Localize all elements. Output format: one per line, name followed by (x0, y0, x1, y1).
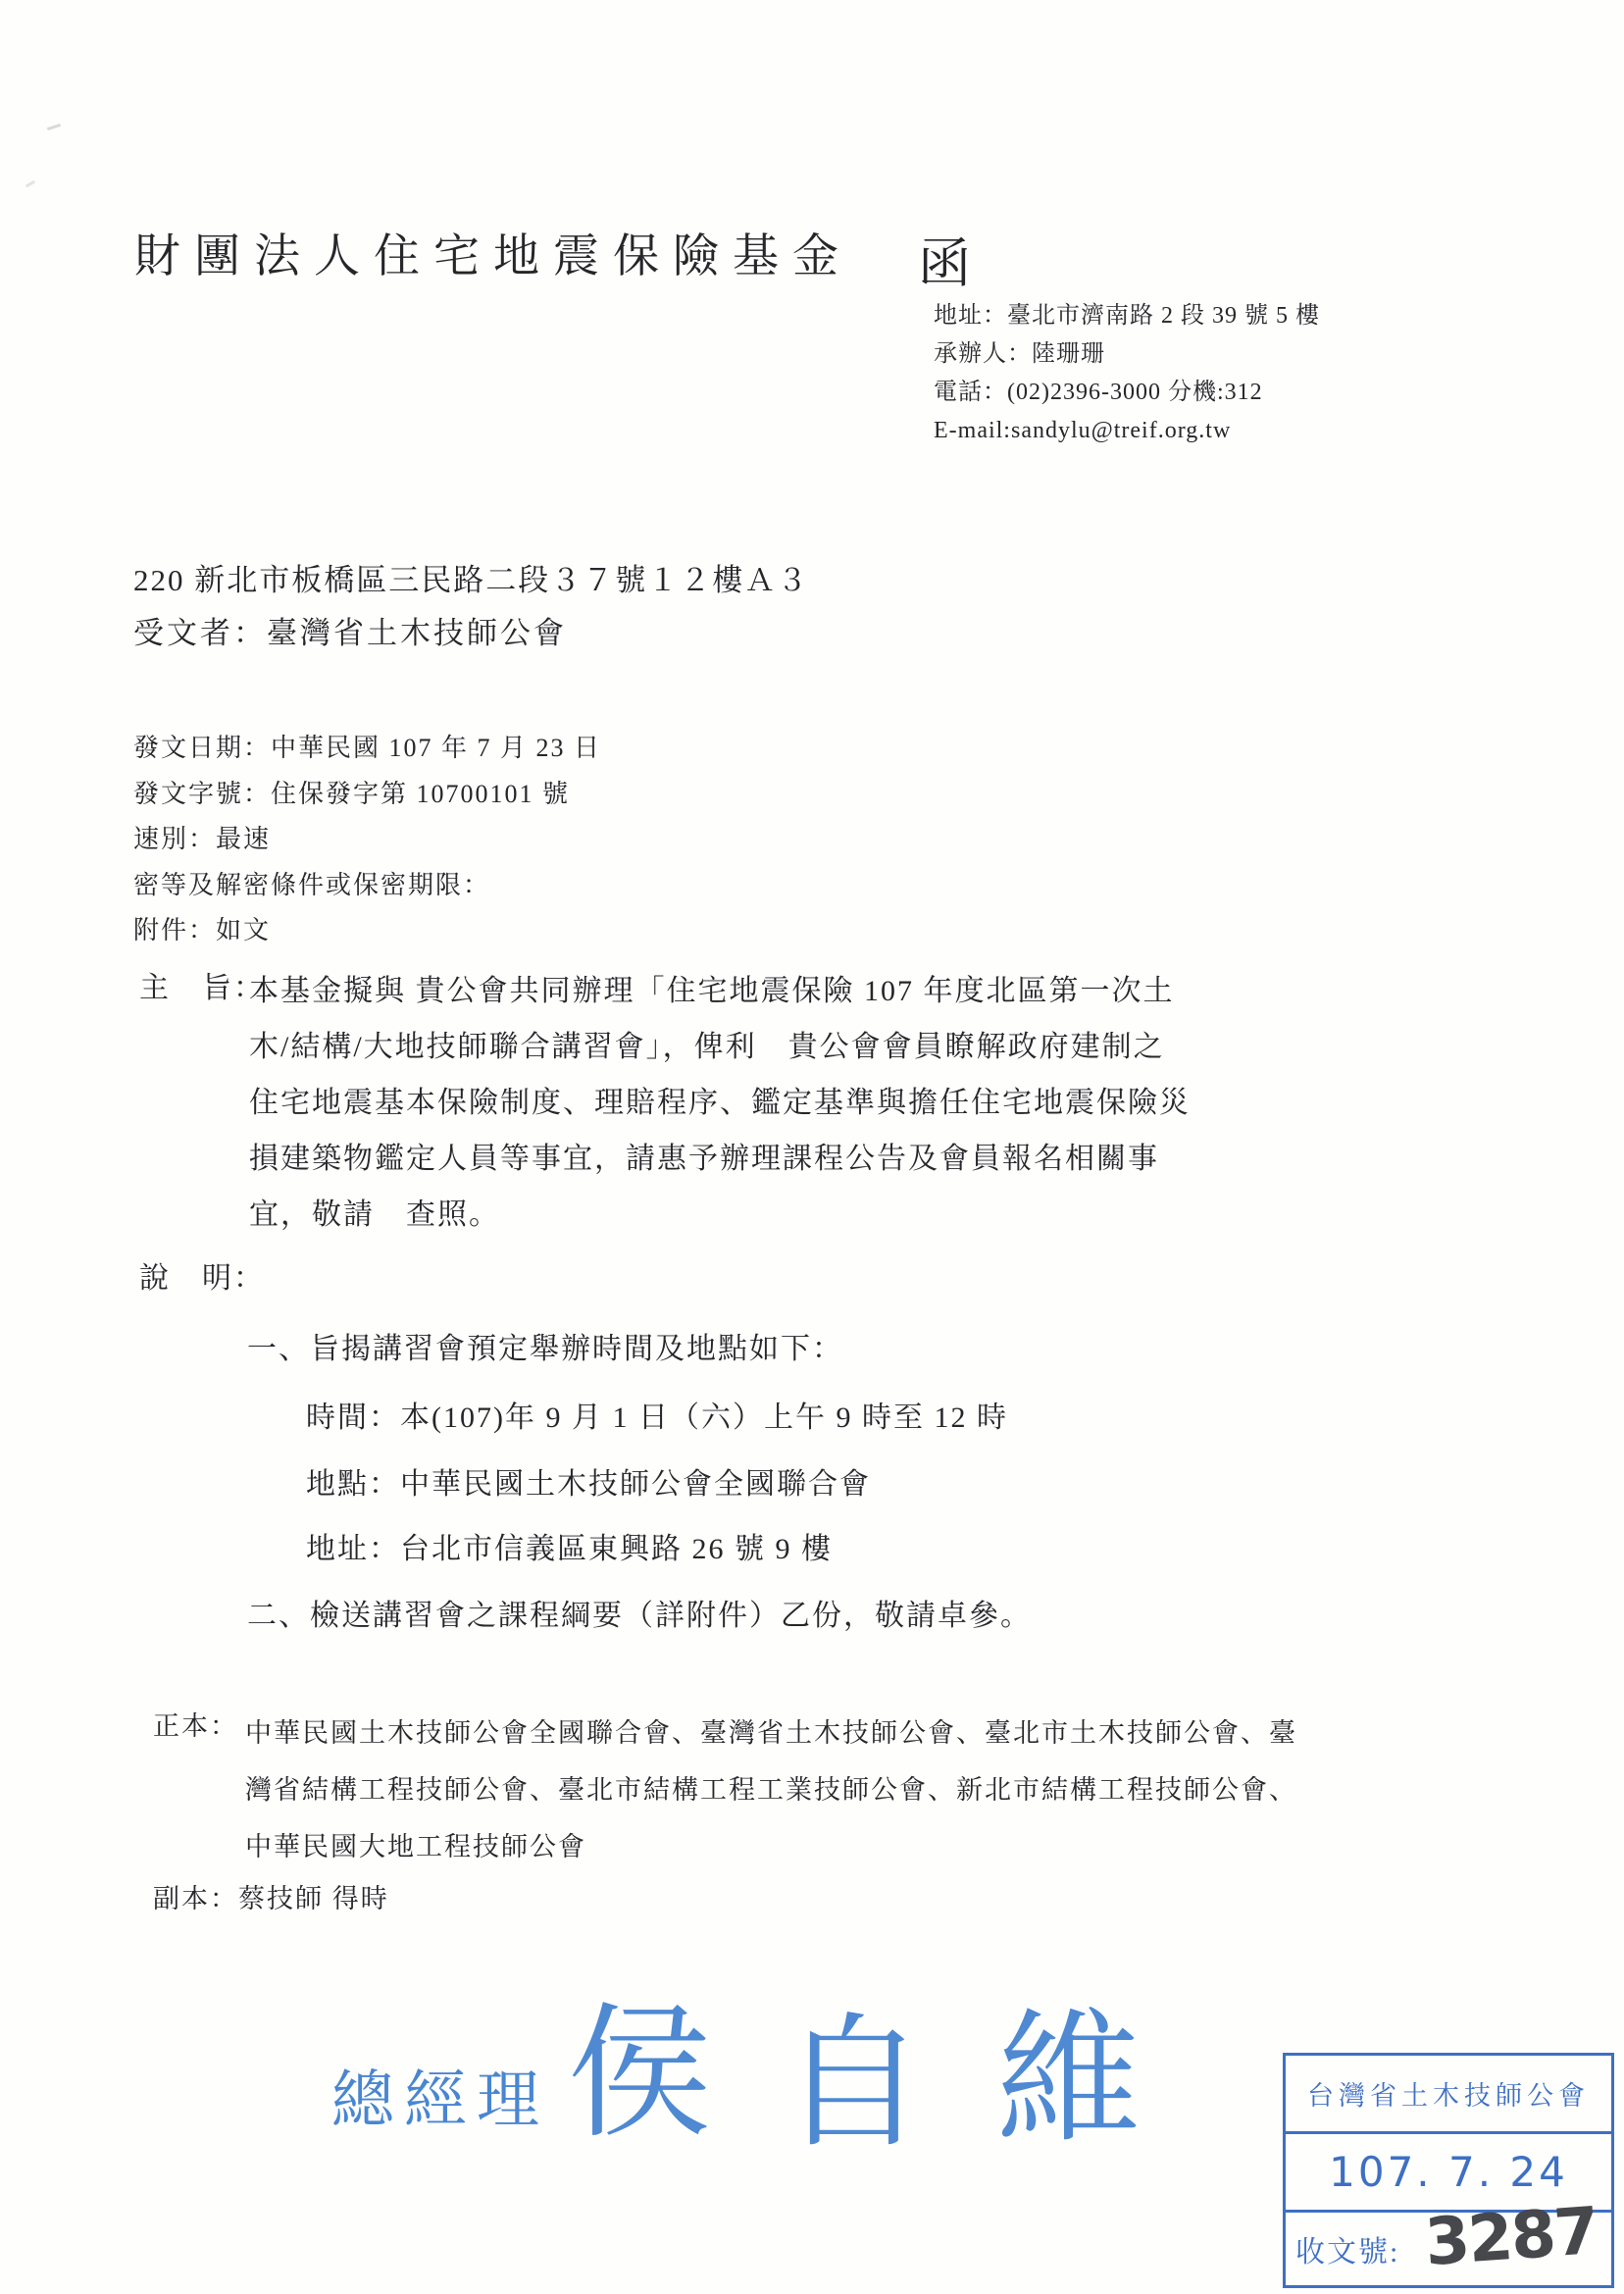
carbon-copy-line: 副本：蔡技師 得時 (153, 1877, 389, 1915)
subject-line: 損建築物鑑定人員等事宜，請惠予辦理課程公告及會員報名相關事 (249, 1131, 1191, 1187)
issue-date: 發文日期：中華民國 107 年 7 月 23 日 (133, 726, 601, 772)
speed-level: 速別：最速 (133, 817, 601, 863)
signature-name-char: 自 (781, 2013, 926, 2158)
original-line: 中華民國大地工程技師公會 (245, 1818, 1297, 1875)
receipt-stamp-box: 台灣省土木技師公會 107. 7. 24 收文號: 3287 (1283, 2053, 1614, 2288)
sender-handler: 承辦人：陸珊珊 (934, 335, 1320, 374)
event-time: 時間：本(107)年 9 月 1 日（六）上午 9 時至 12 時 (306, 1393, 1008, 1436)
signature-name-char: 侯 (567, 2003, 712, 2148)
description-item-1: 一、旨揭講習會預定舉辦時間及地點如下： (247, 1324, 843, 1367)
subject-line: 木/結構/大地技師聯合講習會」，俾利 貴公會會員瞭解政府建制之 (249, 1019, 1191, 1075)
signature-title-stamp: 總經理 (331, 2050, 549, 2140)
original-line: 中華民國土木技師公會全國聯合會、臺灣省土木技師公會、臺北市土木技師公會、臺 (245, 1705, 1297, 1761)
addressee-line: 受文者：臺灣省土木技師公會 (133, 608, 567, 652)
org-title: 財團法人住宅地震保險基金 (134, 220, 852, 285)
doc-meta-block: 發文日期：中華民國 107 年 7 月 23 日 發文字號：住保發字第 1070… (133, 726, 601, 954)
original-line: 灣省結構工程技師公會、臺北市結構工程工業技師公會、新北市結構工程技師公會、 (245, 1761, 1297, 1818)
subject-line: 本基金擬與 貴公會共同辦理「住宅地震保險 107 年度北區第一次土 (249, 963, 1191, 1019)
scan-artifact (25, 180, 35, 188)
scanned-letter-page: 財團法人住宅地震保險基金 函 地址：臺北市濟南路 2 段 39 號 5 樓 承辦… (0, 0, 1624, 2294)
receipt-stamp-number-row: 收文號: 3287 (1286, 2213, 1611, 2285)
sender-email: E-mail:sandylu@treif.org.tw (934, 412, 1320, 450)
subject-line: 宜，敬請 查照。 (249, 1187, 1191, 1243)
security-level: 密等及解密條件或保密期限： (133, 863, 601, 909)
sender-address: 地址：臺北市濟南路 2 段 39 號 5 樓 (934, 297, 1320, 335)
description-item-2: 二、檢送講習會之課程綱要（詳附件）乙份，敬請卓參。 (247, 1591, 1032, 1634)
subject-section: 主 旨： 本基金擬與 貴公會共同辦理「住宅地震保險 107 年度北區第一次土 木… (139, 963, 1191, 1243)
scan-artifact (47, 124, 61, 130)
receipt-number-label: 收文號: (1295, 2227, 1399, 2270)
attachment-note: 附件：如文 (133, 908, 601, 954)
sender-contact-block: 地址：臺北市濟南路 2 段 39 號 5 樓 承辦人：陸珊珊 電話：(02)23… (934, 297, 1320, 450)
doc-type-label: 函 (918, 222, 971, 297)
receipt-number-handwritten: 3287 (1423, 2193, 1600, 2280)
event-address: 地址：台北市信義區東興路 26 號 9 樓 (306, 1524, 833, 1567)
receipt-stamp-org: 台灣省土木技師公會 (1286, 2056, 1611, 2134)
doc-number: 發文字號：住保發字第 10700101 號 (133, 772, 601, 818)
subject-line: 住宅地震基本保險制度、理賠程序、鑑定基準與擔任住宅地震保險災 (249, 1075, 1191, 1131)
signature-name-char: 維 (996, 2009, 1142, 2154)
original-label: 正本： (153, 1705, 238, 1743)
description-label: 說 明： (139, 1253, 265, 1297)
sender-phone: 電話：(02)2396-3000 分機:312 (934, 374, 1320, 412)
original-copies-section: 正本： 中華民國土木技師公會全國聯合會、臺灣省土木技師公會、臺北市土木技師公會、… (153, 1705, 1297, 1875)
original-recipients: 中華民國土木技師公會全國聯合會、臺灣省土木技師公會、臺北市土木技師公會、臺 灣省… (245, 1705, 1297, 1875)
event-place: 地點：中華民國土木技師公會全國聯合會 (306, 1459, 871, 1503)
recipient-postal-address: 220 新北市板橋區三民路二段３７號１２樓Ａ３ (133, 555, 809, 599)
subject-body: 本基金擬與 貴公會共同辦理「住宅地震保險 107 年度北區第一次土 木/結構/大… (249, 963, 1191, 1243)
subject-label: 主 旨： (139, 963, 265, 1006)
